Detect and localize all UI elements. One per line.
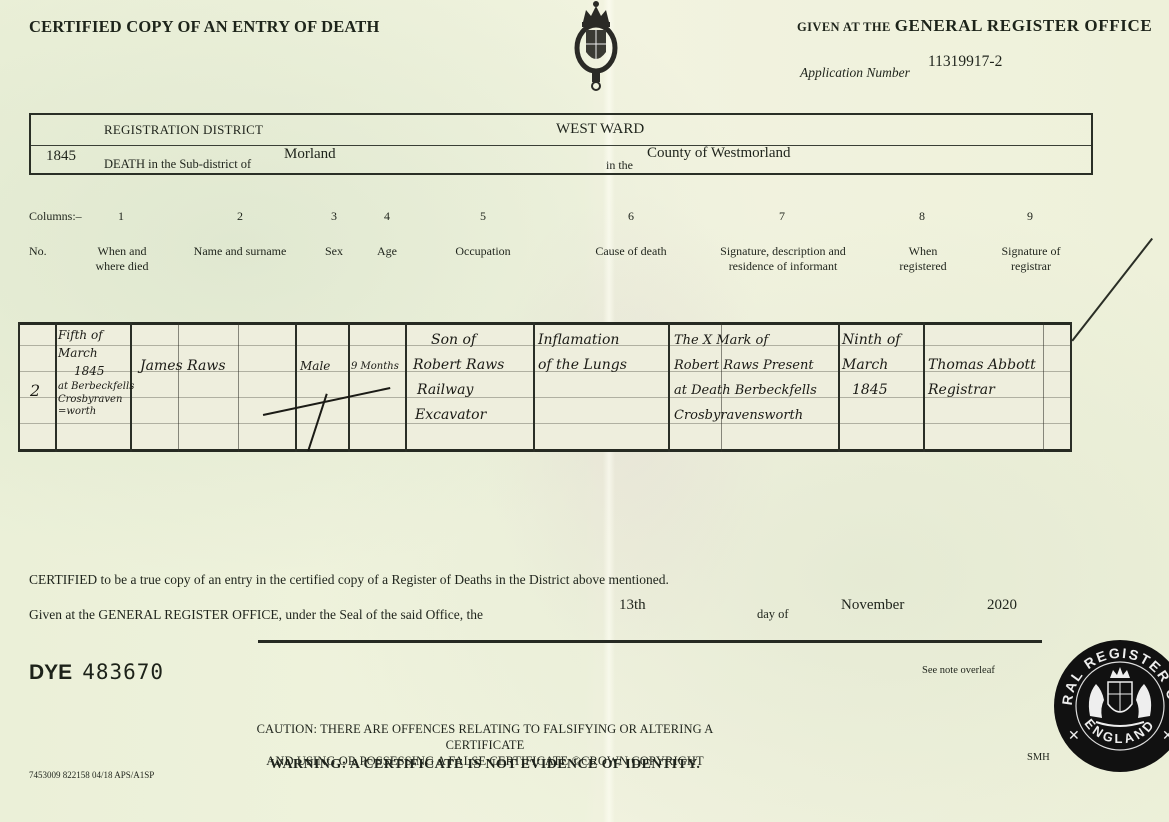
col-divider	[18, 322, 20, 452]
given-statement: Given at the GENERAL REGISTER OFFICE, un…	[29, 607, 483, 623]
entry-occupation: Son of Robert Raws Railway Excavator	[413, 328, 504, 428]
registrar-initials: SMH	[1027, 752, 1050, 763]
serial-number: 483670	[82, 660, 164, 684]
entry-when-registered: Ninth of March 1845	[842, 328, 900, 403]
occupation-line: Railway	[413, 378, 504, 403]
given-at-prefix: GIVEN AT THE	[797, 20, 891, 34]
occupation-line: Excavator	[413, 403, 504, 428]
column-header-cause: Cause of death	[585, 244, 677, 259]
entry-informant: The X Mark of Robert Raws Present at Dea…	[674, 328, 817, 428]
subdistrict-value: Morland	[284, 146, 336, 163]
cancel-diagonal-line	[1071, 238, 1152, 341]
entry-when-where: Fifth of March 1845 at Berbeckfells Cros…	[58, 326, 134, 418]
entry-bottom-rule	[18, 449, 1072, 452]
general-register-office-seal-icon: GENERAL REGISTER OFFICE ENGLAND ✕ ✕	[1050, 636, 1169, 776]
registration-district-label: REGISTRATION DISTRICT	[104, 122, 263, 138]
document-title: CERTIFIED COPY OF AN ENTRY OF DEATH	[29, 17, 380, 37]
col-divider	[923, 322, 925, 452]
death-place-line-3: =worth	[58, 406, 134, 418]
registered-line: March	[842, 353, 900, 378]
death-year-line: 1845	[58, 362, 134, 380]
royal-crest-icon	[571, 0, 621, 92]
death-place-line-2: Crosbyraven	[58, 393, 134, 406]
entry-number: 2	[30, 378, 40, 403]
column-number-7: 7	[772, 209, 792, 224]
certificate-serial: DYE483670	[29, 660, 164, 685]
entry-age: 9 Months	[351, 354, 399, 379]
death-month-line: March	[58, 344, 134, 362]
svg-text:✕: ✕	[1162, 728, 1169, 744]
column-number-1: 1	[111, 209, 131, 224]
registrar-title-line: Registrar	[928, 378, 1036, 403]
registrar-name-line: Thomas Abbott	[928, 353, 1036, 378]
col-divider	[838, 322, 840, 452]
column-number-9: 9	[1020, 209, 1040, 224]
col-divider	[55, 322, 57, 452]
col-divider	[1070, 322, 1072, 452]
column-header-sex: Sex	[318, 244, 350, 259]
col-divider	[348, 322, 350, 452]
informant-line: at Death Berbeckfells	[674, 378, 817, 403]
informant-line: Crosbyravensworth	[674, 403, 817, 428]
day-of-label: day of	[757, 607, 789, 622]
register-entry-row: 2 Fifth of March 1845 at Berbeckfells Cr…	[18, 322, 1072, 452]
column-header-name: Name and surname	[180, 244, 300, 259]
col-divider-thin	[238, 322, 239, 452]
column-number-2: 2	[230, 209, 250, 224]
informant-line: The X Mark of	[674, 328, 817, 353]
application-number-label: Application Number	[800, 65, 910, 81]
entry-sex: Male	[300, 354, 330, 379]
certified-statement: CERTIFIED to be a true copy of an entry …	[29, 572, 669, 588]
registered-line: 1845	[842, 378, 900, 403]
column-number-8: 8	[912, 209, 932, 224]
caution-line-1: CAUTION: THERE ARE OFFENCES RELATING TO …	[220, 721, 750, 753]
given-at-office: GENERAL REGISTER OFFICE	[895, 16, 1153, 35]
print-code: 7453009 822158 04/18 APS/A1SP	[29, 770, 154, 780]
column-header-occupation: Occupation	[440, 244, 526, 259]
death-place-line: at Berbeckfells	[58, 380, 134, 393]
registration-year: 1845	[46, 148, 76, 165]
column-number-3: 3	[324, 209, 344, 224]
in-the-label: in the	[606, 158, 633, 173]
occupation-line: Son of	[413, 328, 504, 353]
occupation-line: Robert Raws	[413, 353, 504, 378]
subdistrict-label: DEATH in the Sub-district of	[104, 157, 251, 172]
certification-year: 2020	[987, 597, 1017, 614]
column-header-when-registered: When registered	[893, 244, 953, 274]
given-at-heading: GIVEN AT THE GENERAL REGISTER OFFICE	[797, 16, 1152, 36]
county-value: County of Westmorland	[647, 145, 791, 162]
application-number: 11319917-2	[928, 53, 1002, 71]
column-header-registrar: Signature of registrar	[992, 244, 1070, 274]
serial-prefix: DYE	[29, 661, 72, 684]
see-note-overleaf: See note overleaf	[922, 665, 995, 676]
entry-cause-of-death: Inflamation of the Lungs	[538, 328, 627, 378]
registration-district-value: WEST WARD	[556, 121, 644, 138]
certification-month: November	[841, 597, 904, 614]
column-header-age: Age	[370, 244, 404, 259]
col-divider	[533, 322, 535, 452]
columns-label: Columns:–	[29, 209, 82, 224]
column-number-5: 5	[473, 209, 493, 224]
cause-line: of the Lungs	[538, 353, 627, 378]
column-header-when-where: When and where died	[85, 244, 159, 274]
col-divider-thin	[178, 322, 179, 452]
registered-line: Ninth of	[842, 328, 900, 353]
column-header-no: No.	[29, 244, 47, 259]
informant-line: Robert Raws Present	[674, 353, 817, 378]
certification-day: 13th	[619, 597, 646, 614]
signature-rule	[258, 640, 1042, 643]
entry-top-rule	[18, 322, 1072, 325]
death-date-line: Fifth of	[58, 326, 134, 344]
col-divider	[295, 322, 297, 452]
col-divider-thin	[1043, 322, 1044, 452]
col-divider	[668, 322, 670, 452]
column-header-informant: Signature, description and residence of …	[708, 244, 858, 274]
cause-line: Inflamation	[538, 328, 627, 353]
district-divider	[31, 145, 1091, 146]
entry-name: James Raws	[140, 354, 226, 379]
col-divider	[405, 322, 407, 452]
svg-text:✕: ✕	[1068, 728, 1080, 744]
warning-notice: WARNING: A CERTIFICATE IS NOT EVIDENCE O…	[220, 757, 750, 773]
column-number-6: 6	[621, 209, 641, 224]
entry-registrar: Thomas Abbott Registrar	[928, 353, 1036, 403]
column-number-4: 4	[377, 209, 397, 224]
